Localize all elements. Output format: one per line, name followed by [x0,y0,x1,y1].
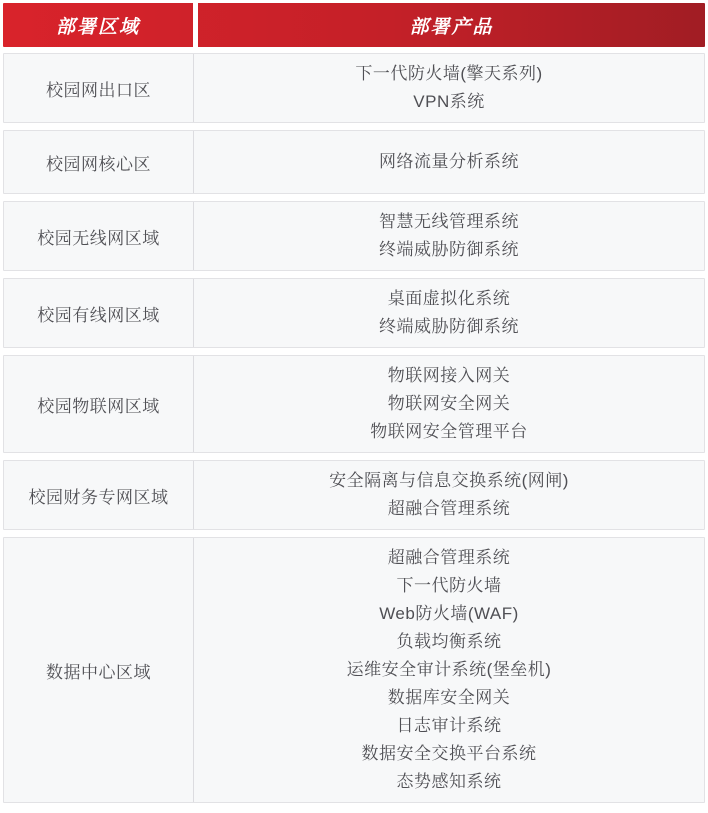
products-cell: 安全隔离与信息交换系统(网闸)超融合管理系统 [194,461,704,529]
region-cell: 校园物联网区域 [4,356,194,452]
table-row: 校园有线网区域 桌面虚拟化系统终端威胁防御系统 [3,278,705,348]
table-row: 数据中心区域 超融合管理系统下一代防火墙Web防火墙(WAF)负载均衡系统运维安… [3,537,705,803]
table-body: 校园网出口区 下一代防火墙(擎天系列)VPN系统 校园网核心区 网络流量分析系统… [3,53,705,803]
table-row: 校园网出口区 下一代防火墙(擎天系列)VPN系统 [3,53,705,123]
products-cell: 桌面虚拟化系统终端威胁防御系统 [194,279,704,347]
product-item: 数据库安全网关 [388,684,511,712]
product-item: 智慧无线管理系统 [379,208,519,236]
product-item: 下一代防火墙(擎天系列) [355,60,542,88]
region-cell: 校园无线网区域 [4,202,194,270]
column-header-region: 部署区域 [3,3,193,47]
region-cell: 校园有线网区域 [4,279,194,347]
region-cell: 校园财务专网区域 [4,461,194,529]
region-cell: 校园网出口区 [4,54,194,122]
product-item: 终端威胁防御系统 [379,236,519,264]
product-item: 物联网安全网关 [388,390,511,418]
product-item: 超融合管理系统 [388,544,511,572]
product-item: 数据安全交换平台系统 [362,740,537,768]
table-row: 校园财务专网区域 安全隔离与信息交换系统(网闸)超融合管理系统 [3,460,705,530]
product-item: 桌面虚拟化系统 [388,285,511,313]
column-header-products: 部署产品 [198,3,705,47]
product-item: 负载均衡系统 [397,628,502,656]
product-item: 安全隔离与信息交换系统(网闸) [329,467,569,495]
product-item: 日志审计系统 [397,712,502,740]
product-item: VPN系统 [413,88,484,116]
products-cell: 智慧无线管理系统终端威胁防御系统 [194,202,704,270]
products-cell: 网络流量分析系统 [194,131,704,193]
product-item: 下一代防火墙 [397,572,502,600]
product-item: 终端威胁防御系统 [379,313,519,341]
products-cell: 物联网接入网关物联网安全网关物联网安全管理平台 [194,356,704,452]
products-cell: 下一代防火墙(擎天系列)VPN系统 [194,54,704,122]
region-cell: 校园网核心区 [4,131,194,193]
deployment-table-page: 部署区域 部署产品 校园网出口区 下一代防火墙(擎天系列)VPN系统 校园网核心… [0,0,708,813]
table-row: 校园无线网区域 智慧无线管理系统终端威胁防御系统 [3,201,705,271]
product-item: 超融合管理系统 [388,495,511,523]
region-cell: 数据中心区域 [4,538,194,802]
product-item: 态势感知系统 [397,768,502,796]
product-item: Web防火墙(WAF) [379,600,519,628]
product-item: 物联网接入网关 [388,362,511,390]
table-row: 校园物联网区域 物联网接入网关物联网安全网关物联网安全管理平台 [3,355,705,453]
product-item: 运维安全审计系统(堡垒机) [347,656,552,684]
table-row: 校园网核心区 网络流量分析系统 [3,130,705,194]
table-header-row: 部署区域 部署产品 [3,3,705,47]
product-item: 网络流量分析系统 [379,148,519,176]
product-item: 物联网安全管理平台 [370,418,528,446]
products-cell: 超融合管理系统下一代防火墙Web防火墙(WAF)负载均衡系统运维安全审计系统(堡… [194,538,704,802]
